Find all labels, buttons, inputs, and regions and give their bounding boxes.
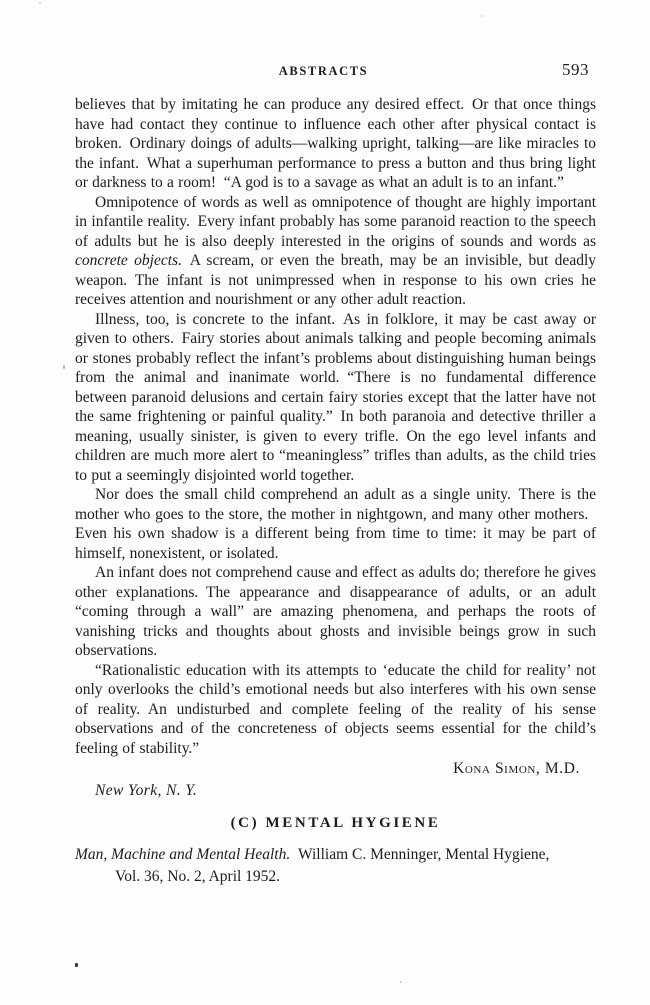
paragraph: Illness, too, is concrete to the infant.… (75, 310, 596, 486)
paragraph: “Rationalistic education with its attemp… (75, 661, 596, 759)
italic-phrase: concrete objects. (75, 252, 182, 269)
citation-entry: Man, Machine and Mental Health. William … (75, 844, 596, 888)
citation-volume: Vol. 36, No. 2, April 1952. (115, 866, 596, 888)
section-heading: (C) MENTAL HYGIENE (75, 813, 596, 833)
author-location: New York, N. Y. (95, 781, 596, 801)
scan-speckle (481, 15, 483, 17)
paragraph-text: Omnipotence of words as well as omnipote… (75, 194, 596, 250)
paragraph: Omnipotence of words as well as omnipote… (75, 193, 596, 310)
page-header: ABSTRACTS 593 (75, 62, 596, 80)
citation-line: Man, Machine and Mental Health. William … (75, 844, 596, 866)
paragraph-continuation: believes that by imitating he can produc… (75, 95, 596, 193)
author-signature: Kona Simon, M.D. (75, 759, 596, 779)
running-title: ABSTRACTS (279, 64, 368, 79)
citation-authors: William C. Menninger, Mental Hygiene, (290, 846, 549, 863)
document-page: ABSTRACTS 593 believes that by imitating… (0, 0, 650, 1005)
paragraph: Nor does the small child comprehend an a… (75, 485, 596, 563)
paragraph: An infant does not comprehend cause and … (75, 563, 596, 661)
page-number: 593 (562, 60, 589, 80)
citation-title: Man, Machine and Mental Health. (75, 846, 290, 863)
scan-speckle (63, 365, 65, 369)
scan-speckle (39, 2, 41, 4)
text-column: believes that by imitating he can produc… (75, 95, 596, 888)
scan-speckle (75, 963, 78, 967)
scan-speckle (400, 981, 402, 983)
